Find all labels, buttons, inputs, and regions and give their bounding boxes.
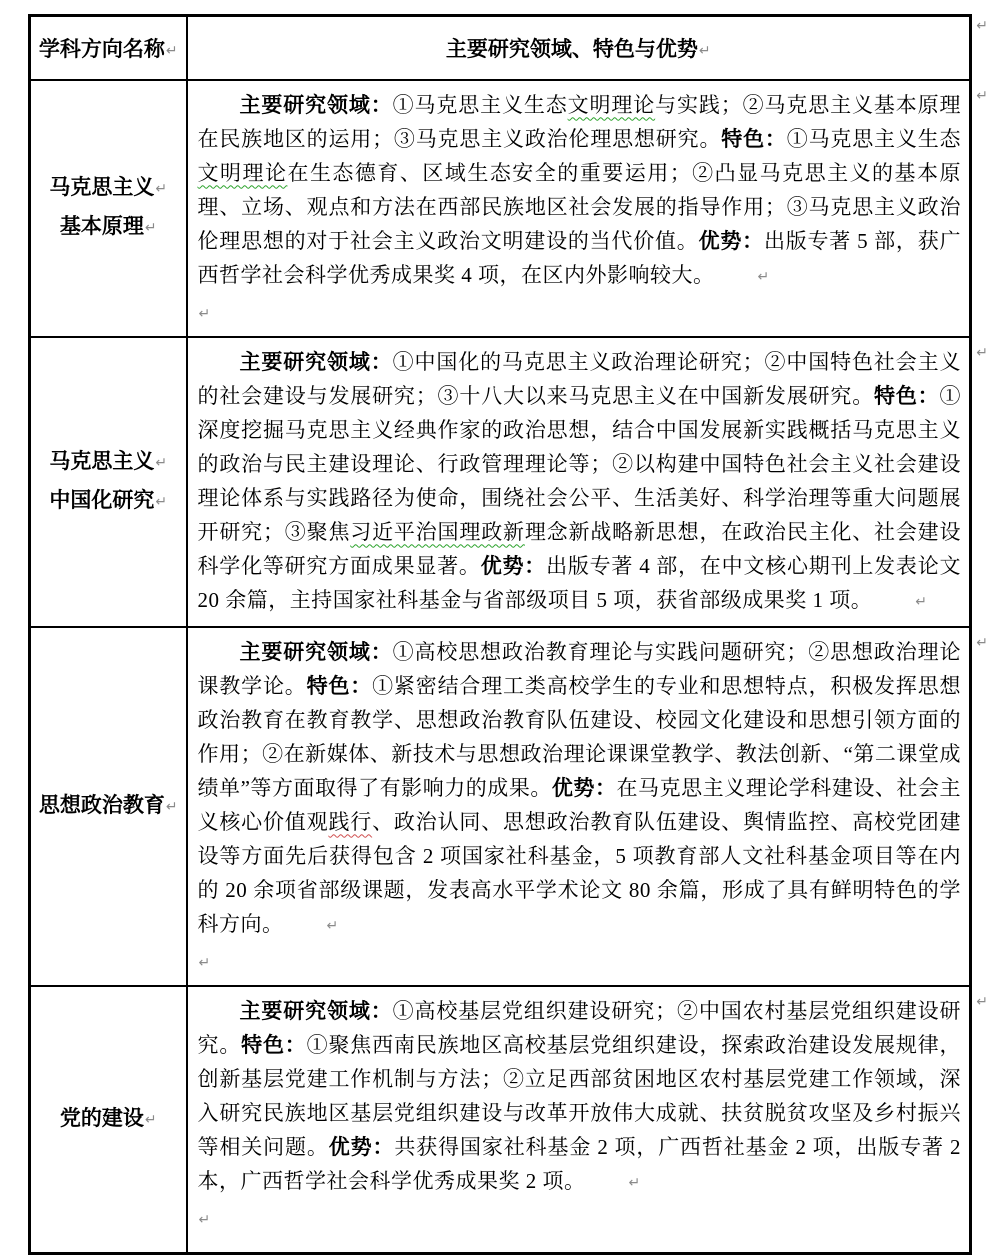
direction-name-line: 党的建设↵ <box>31 1100 186 1139</box>
paragraph-mark-icon: ↵ <box>198 1203 211 1237</box>
section-label-text: 主要研究领域： <box>240 640 393 664</box>
body-text: 文明理论 <box>198 161 288 185</box>
row-end-mark-icon: ↵ <box>975 635 988 651</box>
empty-paragraph: ↵ <box>198 295 962 332</box>
direction-name-text: 中国化研究 <box>49 488 154 512</box>
header-cell-direction-name: 学科方向名称↵ <box>30 16 187 80</box>
direction-name-line: 基本原理↵ <box>31 208 186 247</box>
header-row: 学科方向名称↵ 主要研究领域、特色与优势↵↵ <box>30 16 971 80</box>
table-row: 思想政治教育↵ 主要研究领域：①高校思想政治教育理论与实践问题研究；②思想政治理… <box>30 627 971 986</box>
paragraph-mark-icon: ↵ <box>144 210 157 246</box>
direction-name-cell: 党的建设↵ <box>30 986 187 1254</box>
paragraph-mark-icon: ↵ <box>165 43 178 59</box>
content-cell: 主要研究领域：①高校基层党组织建设研究；②中国农村基层党组织建设研究。特色：①聚… <box>187 986 971 1254</box>
paragraph-mark-icon: ↵ <box>154 484 167 520</box>
direction-name-text: 思想政治教育 <box>39 793 165 817</box>
section-label-text: 主要研究领域： <box>240 93 393 117</box>
paragraph-mark-icon: ↵ <box>698 43 711 59</box>
direction-name-text: 马克思主义 <box>49 449 154 473</box>
section-label-text: 优势： <box>552 776 617 800</box>
paragraph-mark-icon: ↵ <box>586 1166 641 1200</box>
research-description-paragraph: 主要研究领域：①高校思想政治教育理论与实践问题研究；②思想政治理论课教学论。特色… <box>198 635 962 944</box>
content-cell: 主要研究领域：①中国化的马克思主义政治理论研究；②中国特色社会主义的社会建设与发… <box>187 337 971 627</box>
table-row: 马克思主义↵基本原理↵ 主要研究领域：①马克思主义生态文明理论与实践；②马克思主… <box>30 80 971 337</box>
header-direction-label: 学科方向名称 <box>39 37 165 61</box>
direction-name-cell: 马克思主义↵中国化研究↵ <box>30 337 187 627</box>
direction-name-line: 马克思主义↵ <box>31 169 186 208</box>
section-label-text: 优势： <box>699 229 764 253</box>
direction-name-line: 中国化研究↵ <box>31 482 186 521</box>
research-description-paragraph: 主要研究领域：①马克思主义生态文明理论与实践；②马克思主义基本原理在民族地区的运… <box>198 88 962 295</box>
section-label-text: 主要研究领域： <box>240 999 393 1023</box>
table-row: 党的建设↵ 主要研究领域：①高校基层党组织建设研究；②中国农村基层党组织建设研究… <box>30 986 971 1254</box>
content-cell: 主要研究领域：①马克思主义生态文明理论与实践；②马克思主义基本原理在民族地区的运… <box>187 80 971 337</box>
row-end-mark-icon: ↵ <box>975 18 988 34</box>
paragraph-mark-icon: ↵ <box>154 445 167 481</box>
content-cell: 主要研究领域：①高校思想政治教育理论与实践问题研究；②思想政治理论课教学论。特色… <box>187 627 971 986</box>
paragraph-mark-icon: ↵ <box>165 789 178 825</box>
paragraph-mark-icon: ↵ <box>284 909 339 943</box>
direction-name-text: 马克思主义 <box>49 175 154 199</box>
research-description-paragraph: 主要研究领域：①高校基层党组织建设研究；②中国农村基层党组织建设研究。特色：①聚… <box>198 994 962 1201</box>
row-end-mark-icon: ↵ <box>975 88 988 104</box>
paragraph-mark-icon: ↵ <box>154 171 167 207</box>
empty-paragraph: ↵ <box>198 944 962 981</box>
section-label-text: 特色： <box>721 127 786 151</box>
paragraph-mark-icon: ↵ <box>715 260 770 294</box>
direction-name-text: 党的建设 <box>60 1106 144 1130</box>
section-label-text: 特色： <box>307 674 372 698</box>
paragraph-mark-icon: ↵ <box>198 946 211 980</box>
body-text: 习近平治国理政新 <box>350 520 525 544</box>
direction-name-cell: 思想政治教育↵ <box>30 627 187 986</box>
header-research-label: 主要研究领域、特色与优势 <box>446 37 698 61</box>
document-page: 学科方向名称↵ 主要研究领域、特色与优势↵↵ 马克思主义↵基本原理↵ 主要研究领… <box>28 14 972 1255</box>
body-text: ①马克思主义生态 <box>787 127 961 151</box>
body-text: 践行 <box>328 810 372 834</box>
direction-name-text: 基本原理 <box>60 214 144 238</box>
paragraph-mark-icon: ↵ <box>198 297 211 331</box>
discipline-directions-table: 学科方向名称↵ 主要研究领域、特色与优势↵↵ 马克思主义↵基本原理↵ 主要研究领… <box>28 14 972 1255</box>
row-end-mark-icon: ↵ <box>975 994 988 1010</box>
direction-name-cell: 马克思主义↵基本原理↵ <box>30 80 187 337</box>
paragraph-mark-icon: ↵ <box>144 1102 157 1138</box>
direction-name-line: 思想政治教育↵ <box>31 787 186 826</box>
body-text: 文明理论 <box>568 93 656 117</box>
direction-name-line: 马克思主义↵ <box>31 443 186 482</box>
section-label-text: 优势： <box>481 554 546 578</box>
research-description-paragraph: 主要研究领域：①中国化的马克思主义政治理论研究；②中国特色社会主义的社会建设与发… <box>198 345 962 620</box>
row-end-mark-icon: ↵ <box>975 345 988 361</box>
paragraph-mark-icon: ↵ <box>872 585 927 619</box>
section-label-text: 优势： <box>329 1135 395 1159</box>
section-label-text: 特色： <box>241 1033 306 1057</box>
table-row: 马克思主义↵中国化研究↵ 主要研究领域：①中国化的马克思主义政治理论研究；②中国… <box>30 337 971 627</box>
section-label-text: 特色： <box>874 384 939 408</box>
header-cell-research-areas: 主要研究领域、特色与优势↵↵ <box>187 16 971 80</box>
empty-paragraph: ↵ <box>198 1201 962 1238</box>
section-label-text: 主要研究领域： <box>240 350 393 374</box>
body-text: ①马克思主义生态 <box>393 93 568 117</box>
